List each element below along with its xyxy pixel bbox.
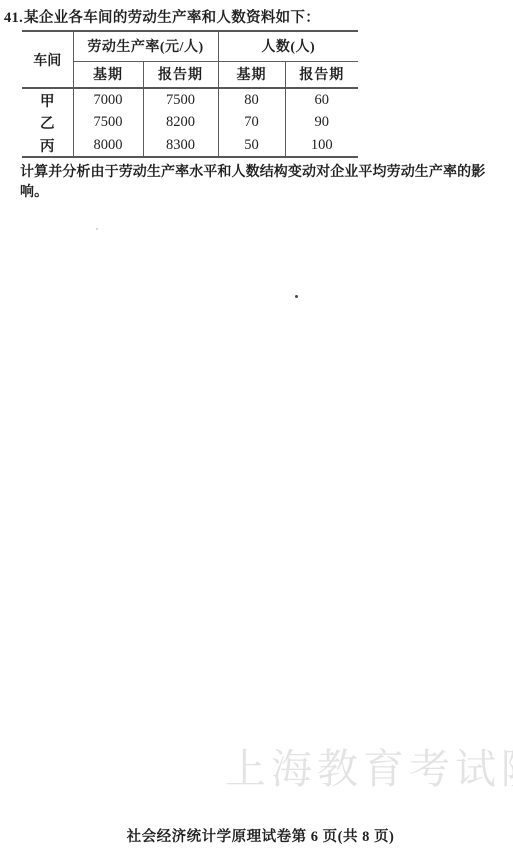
scan-speck [96, 228, 98, 230]
cell-value: 100 [285, 134, 358, 157]
cell-value: 50 [218, 134, 285, 157]
page-footer: 社会经济统计学原理试卷第 6 页(共 8 页) [0, 825, 513, 846]
sub-header-report-period-productivity: 报告期 [143, 61, 218, 88]
workshop-data-table: 车间 劳动生产率(元/人) 人数(人) 基期 报告期 基期 报告期 甲 7000… [22, 30, 358, 158]
cell-value: 8000 [73, 134, 143, 157]
table-sub-header-row: 基期 报告期 基期 报告期 [22, 61, 358, 88]
exam-page: 41.某企业各车间的劳动生产率和人数资料如下： 车间 劳动生产率(元/人) 人数… [0, 0, 513, 860]
sub-header-base-period-productivity: 基期 [73, 61, 143, 88]
table-row: 甲 7000 7500 80 60 [22, 88, 358, 111]
table-row: 丙 8000 8300 50 100 [22, 134, 358, 157]
workshop-label: 甲 [22, 88, 73, 111]
question-text: 某企业各车间的劳动生产率和人数资料如下： [24, 10, 320, 26]
cell-value: 7000 [73, 88, 143, 111]
sub-header-base-period-headcount: 基期 [218, 61, 285, 88]
workshop-label: 乙 [22, 111, 73, 134]
scan-speck [295, 295, 298, 298]
table-group-header-row: 车间 劳动生产率(元/人) 人数(人) [22, 31, 358, 61]
question-number: 41. [4, 10, 23, 26]
cell-value: 8300 [143, 134, 218, 157]
workshop-label: 丙 [22, 134, 73, 157]
cell-value: 80 [218, 88, 285, 111]
group-header-labor-productivity: 劳动生产率(元/人) [73, 31, 218, 61]
cell-value: 8200 [143, 111, 218, 134]
corner-header-workshop: 车间 [22, 31, 73, 88]
cell-value: 70 [218, 111, 285, 134]
sub-header-report-period-headcount: 报告期 [285, 61, 358, 88]
cell-value: 60 [285, 88, 358, 111]
cell-value: 90 [285, 111, 358, 134]
table-row: 乙 7500 8200 70 90 [22, 111, 358, 134]
watermark-text: 上海教育考试院 [225, 736, 513, 795]
question-title: 41.某企业各车间的劳动生产率和人数资料如下： [4, 6, 320, 27]
cell-value: 7500 [73, 111, 143, 134]
group-header-headcount: 人数(人) [218, 31, 358, 61]
instruction-text: 计算并分析由于劳动生产率水平和人数结构变动对企业平均劳动生产率的影响。 [20, 163, 512, 204]
cell-value: 7500 [143, 88, 218, 111]
